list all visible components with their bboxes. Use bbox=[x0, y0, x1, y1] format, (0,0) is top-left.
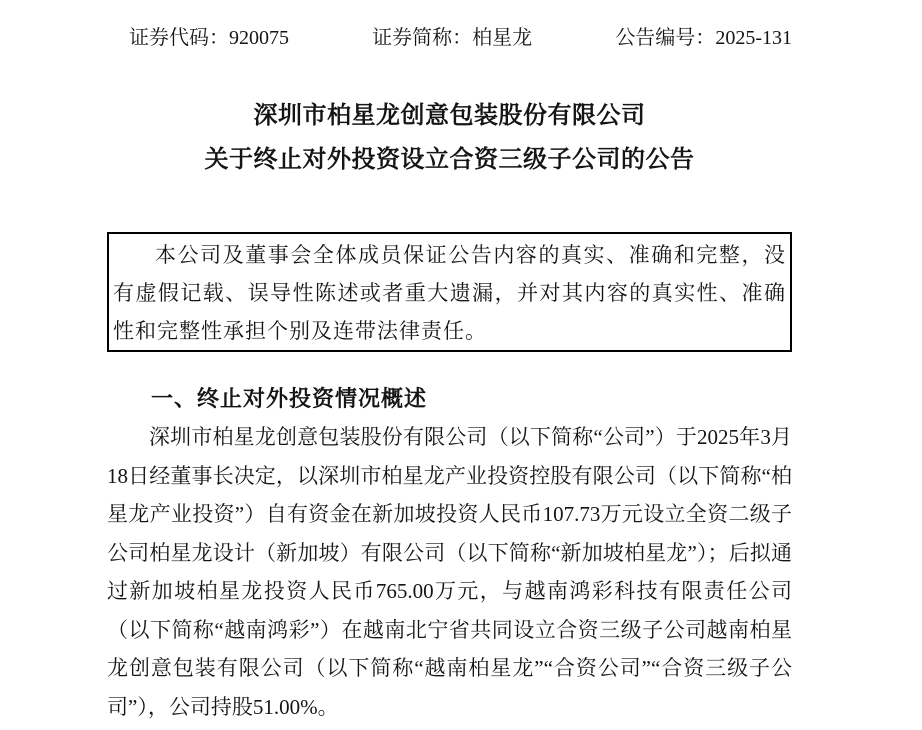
document-title-subject-line: 关于终止对外投资设立合资三级子公司的公告 bbox=[107, 138, 792, 182]
announcement-number: 公告编号：2025-131 bbox=[615, 26, 792, 50]
stock-code-value: 920075 bbox=[229, 27, 289, 49]
stock-abbr-label: 证券简称： bbox=[372, 27, 472, 49]
announcement-number-label: 公告编号： bbox=[615, 27, 715, 49]
announcement-number-value: 2025-131 bbox=[715, 27, 792, 49]
section-overview: 一、终止对外投资情况概述 深圳市柏星龙创意包装股份有限公司（以下简称“公司”）于… bbox=[107, 380, 792, 726]
stock-abbr: 证券简称：柏星龙 bbox=[372, 26, 532, 50]
disclaimer-text: 本公司及董事会全体成员保证公告内容的真实、准确和完整，没有虚假记载、误导性陈述或… bbox=[113, 236, 786, 350]
stock-abbr-value: 柏星龙 bbox=[472, 27, 532, 49]
section-overview-paragraph: 深圳市柏星龙创意包装股份有限公司（以下简称“公司”）于2025年3月18日经董事… bbox=[107, 418, 792, 726]
securities-info-row: 证券代码：920075 证券简称：柏星龙 公告编号：2025-131 bbox=[107, 26, 792, 50]
disclaimer-box: 本公司及董事会全体成员保证公告内容的真实、准确和完整，没有虚假记载、误导性陈述或… bbox=[107, 232, 792, 352]
stock-code-label: 证券代码： bbox=[129, 27, 229, 49]
section-overview-heading: 一、终止对外投资情况概述 bbox=[107, 380, 792, 418]
announcement-page: 证券代码：920075 证券简称：柏星龙 公告编号：2025-131 深圳市柏星… bbox=[0, 0, 922, 730]
document-title-company-line: 深圳市柏星龙创意包装股份有限公司 bbox=[107, 94, 792, 138]
stock-code: 证券代码：920075 bbox=[129, 26, 289, 50]
document-title: 深圳市柏星龙创意包装股份有限公司 关于终止对外投资设立合资三级子公司的公告 bbox=[107, 94, 792, 182]
